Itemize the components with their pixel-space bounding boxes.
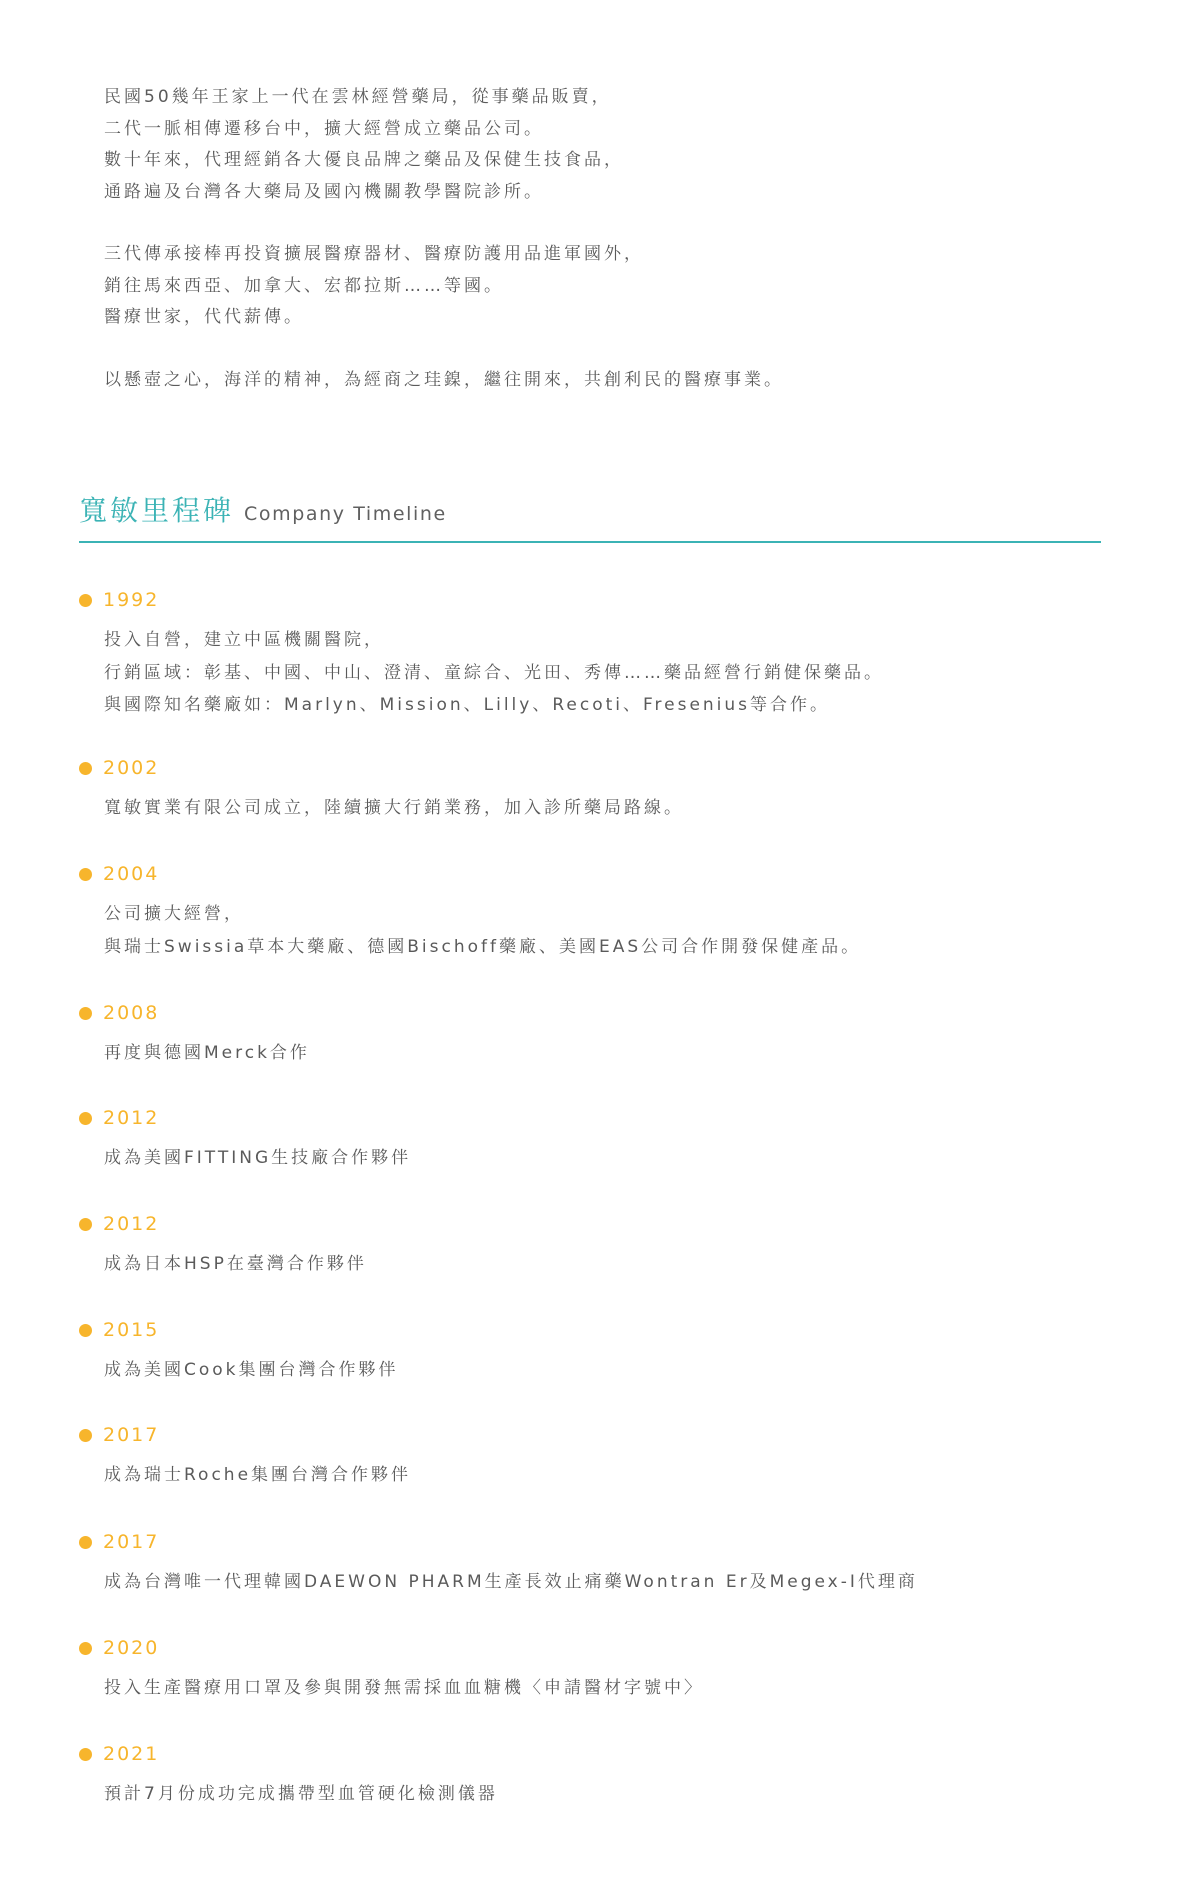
intro-line: 數十年來，代理經銷各大優良品牌之藥品及保健生技食品，: [104, 145, 1104, 177]
timeline-year: 2012: [103, 1212, 159, 1236]
timeline-line: 成為瑞士Roche集團台灣合作夥伴: [104, 1459, 1129, 1492]
intro-line: 銷往馬來西亞、加拿大、宏都拉斯……等國。: [104, 271, 1104, 303]
section-divider: [79, 541, 1101, 543]
timeline-description: 公司擴大經營， 與瑞士Swissia草本大藥廠、德國Bischoff藥廠、美國E…: [104, 898, 1129, 963]
timeline-line: 預計7月份成功完成攜帶型血管硬化檢測儀器: [104, 1778, 1129, 1811]
intro-paragraph-mission: 以懸壺之心，海洋的精神，為經商之珪鎳，繼往開來，共創利民的醫療事業。: [104, 365, 1104, 397]
intro-line: 二代一脈相傳遷移台中，擴大經營成立藥品公司。: [104, 114, 1104, 146]
timeline-year: 2017: [103, 1530, 159, 1554]
bullet-dot-icon: [79, 1748, 92, 1761]
timeline-description: 投入自營，建立中區機關醫院， 行銷區域：彰基、中國、中山、澄清、童綜合、光田、秀…: [104, 624, 1129, 722]
intro-paragraph-expansion: 三代傳承接棒再投資擴展醫療器材、醫療防護用品進軍國外， 銷往馬來西亞、加拿大、宏…: [104, 239, 1104, 334]
section-title-en: Company Timeline: [244, 493, 447, 535]
timeline-year: 2020: [103, 1636, 159, 1660]
intro-line: 以懸壺之心，海洋的精神，為經商之珪鎳，繼往開來，共創利民的醫療事業。: [104, 365, 1104, 397]
bullet-dot-icon: [79, 1429, 92, 1442]
timeline-year: 2004: [103, 862, 159, 886]
timeline-line: 行銷區域：彰基、中國、中山、澄清、童綜合、光田、秀傳……藥品經營行銷健保藥品。: [104, 657, 1129, 690]
intro-line: 通路遍及台灣各大藥局及國內機關教學醫院診所。: [104, 177, 1104, 209]
timeline-year: 2015: [103, 1318, 159, 1342]
intro-paragraph-history: 民國50幾年王家上一代在雲林經營藥局，從事藥品販賣， 二代一脈相傳遷移台中，擴大…: [104, 82, 1104, 208]
timeline-line: 投入自營，建立中區機關醫院，: [104, 624, 1129, 657]
timeline-line: 成為日本HSP在臺灣合作夥伴: [104, 1248, 1129, 1281]
timeline-description: 寬敏實業有限公司成立，陸續擴大行銷業務，加入診所藥局路線。: [104, 792, 1129, 825]
bullet-dot-icon: [79, 1218, 92, 1231]
timeline-entry-2012-hsp: 2012 成為日本HSP在臺灣合作夥伴: [79, 1212, 1129, 1281]
timeline-entry-2021: 2021 預計7月份成功完成攜帶型血管硬化檢測儀器: [79, 1742, 1129, 1811]
bullet-dot-icon: [79, 1324, 92, 1337]
timeline-description: 預計7月份成功完成攜帶型血管硬化檢測儀器: [104, 1778, 1129, 1811]
bullet-dot-icon: [79, 1007, 92, 1020]
timeline-entry-2017-daewon: 2017 成為台灣唯一代理韓國DAEWON PHARM生產長效止痛藥Wontra…: [79, 1530, 1129, 1599]
intro-line: 三代傳承接棒再投資擴展醫療器材、醫療防護用品進軍國外，: [104, 239, 1104, 271]
bullet-dot-icon: [79, 1112, 92, 1125]
timeline-line: 與國際知名藥廠如：Marlyn、Mission、Lilly、Recoti、Fre…: [104, 689, 1129, 722]
timeline-year: 2021: [103, 1742, 159, 1766]
intro-line: 民國50幾年王家上一代在雲林經營藥局，從事藥品販賣，: [104, 82, 1104, 114]
timeline-line: 成為台灣唯一代理韓國DAEWON PHARM生產長效止痛藥Wontran Er及…: [104, 1566, 1129, 1599]
timeline-description: 成為瑞士Roche集團台灣合作夥伴: [104, 1459, 1129, 1492]
timeline-line: 成為美國Cook集團台灣合作夥伴: [104, 1354, 1129, 1387]
section-title: 寬敏里程碑 Company Timeline: [79, 490, 1101, 532]
company-intro: 民國50幾年王家上一代在雲林經營藥局，從事藥品販賣， 二代一脈相傳遷移台中，擴大…: [104, 82, 1104, 427]
intro-line: 醫療世家，代代薪傳。: [104, 302, 1104, 334]
timeline-year: 1992: [103, 588, 159, 612]
bullet-dot-icon: [79, 762, 92, 775]
timeline-entry-2015: 2015 成為美國Cook集團台灣合作夥伴: [79, 1318, 1129, 1387]
bullet-dot-icon: [79, 1536, 92, 1549]
timeline-entry-2017-roche: 2017 成為瑞士Roche集團台灣合作夥伴: [79, 1423, 1129, 1492]
bullet-dot-icon: [79, 1642, 92, 1655]
timeline-entry-2004: 2004 公司擴大經營， 與瑞士Swissia草本大藥廠、德國Bischoff藥…: [79, 862, 1129, 963]
timeline-entry-2002: 2002 寬敏實業有限公司成立，陸續擴大行銷業務，加入診所藥局路線。: [79, 756, 1129, 825]
timeline-year: 2008: [103, 1001, 159, 1025]
section-title-zh: 寬敏里程碑: [79, 490, 234, 532]
timeline-entry-1992: 1992 投入自營，建立中區機關醫院， 行銷區域：彰基、中國、中山、澄清、童綜合…: [79, 588, 1129, 722]
timeline-description: 再度與德國Merck合作: [104, 1037, 1129, 1070]
timeline-description: 成為美國Cook集團台灣合作夥伴: [104, 1354, 1129, 1387]
timeline-section-header: 寬敏里程碑 Company Timeline: [79, 490, 1101, 532]
timeline-description: 成為日本HSP在臺灣合作夥伴: [104, 1248, 1129, 1281]
timeline-line: 再度與德國Merck合作: [104, 1037, 1129, 1070]
timeline-description: 成為台灣唯一代理韓國DAEWON PHARM生產長效止痛藥Wontran Er及…: [104, 1566, 1129, 1599]
timeline-entry-2012-fitting: 2012 成為美國FITTING生技廠合作夥伴: [79, 1106, 1129, 1175]
timeline-line: 與瑞士Swissia草本大藥廠、德國Bischoff藥廠、美國EAS公司合作開發…: [104, 931, 1129, 964]
timeline-year: 2012: [103, 1106, 159, 1130]
bullet-dot-icon: [79, 594, 92, 607]
bullet-dot-icon: [79, 868, 92, 881]
timeline-year: 2002: [103, 756, 159, 780]
timeline-line: 寬敏實業有限公司成立，陸續擴大行銷業務，加入診所藥局路線。: [104, 792, 1129, 825]
timeline-entry-2020: 2020 投入生產醫療用口罩及參與開發無需採血血糖機〈申請醫材字號中〉: [79, 1636, 1129, 1705]
timeline-description: 成為美國FITTING生技廠合作夥伴: [104, 1142, 1129, 1175]
timeline-description: 投入生產醫療用口罩及參與開發無需採血血糖機〈申請醫材字號中〉: [104, 1672, 1129, 1705]
timeline-entry-2008: 2008 再度與德國Merck合作: [79, 1001, 1129, 1070]
timeline-line: 投入生產醫療用口罩及參與開發無需採血血糖機〈申請醫材字號中〉: [104, 1672, 1129, 1705]
timeline-year: 2017: [103, 1423, 159, 1447]
timeline-line: 成為美國FITTING生技廠合作夥伴: [104, 1142, 1129, 1175]
timeline-line: 公司擴大經營，: [104, 898, 1129, 931]
